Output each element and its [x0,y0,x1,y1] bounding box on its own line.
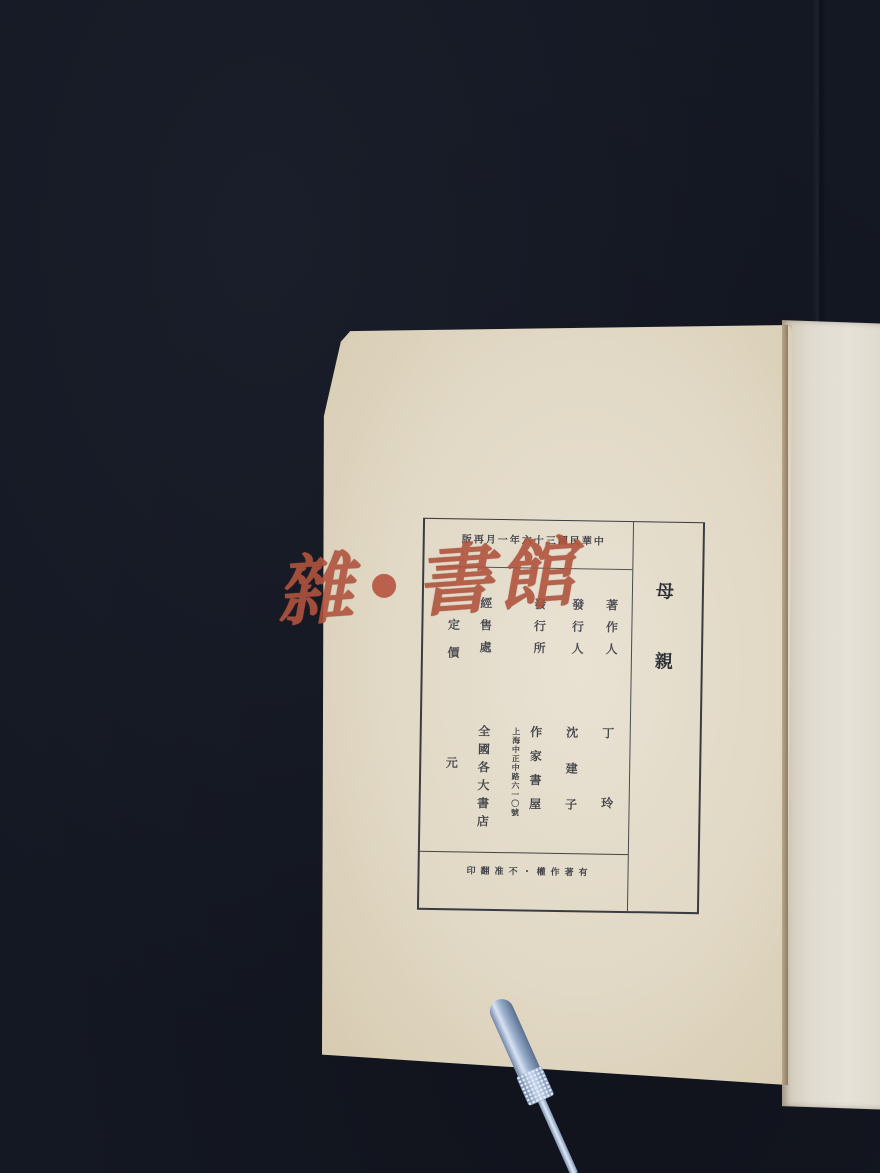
watermark-dot [371,573,397,599]
author-value: 丁玲 [598,727,617,867]
page-gutter [782,325,788,1085]
watermark-char: 書 [413,540,494,621]
distributor-value: 全國各大書店 [474,725,493,833]
author-label: 著作人 [603,599,621,665]
publisher-value: 作家書屋 [526,725,545,821]
watermark-char: 館 [495,535,576,616]
table-seam [812,0,826,330]
book-title: 母親 [648,581,676,721]
facing-page [782,320,880,1110]
watermark: 雜 書 館 [273,518,578,649]
watermark-char: 雜 [274,550,355,631]
price-value: 元 [443,756,461,798]
publisher-person-value: 沈建子 [562,726,581,834]
publisher-address: 上海中正中路六一〇號 [510,727,522,817]
